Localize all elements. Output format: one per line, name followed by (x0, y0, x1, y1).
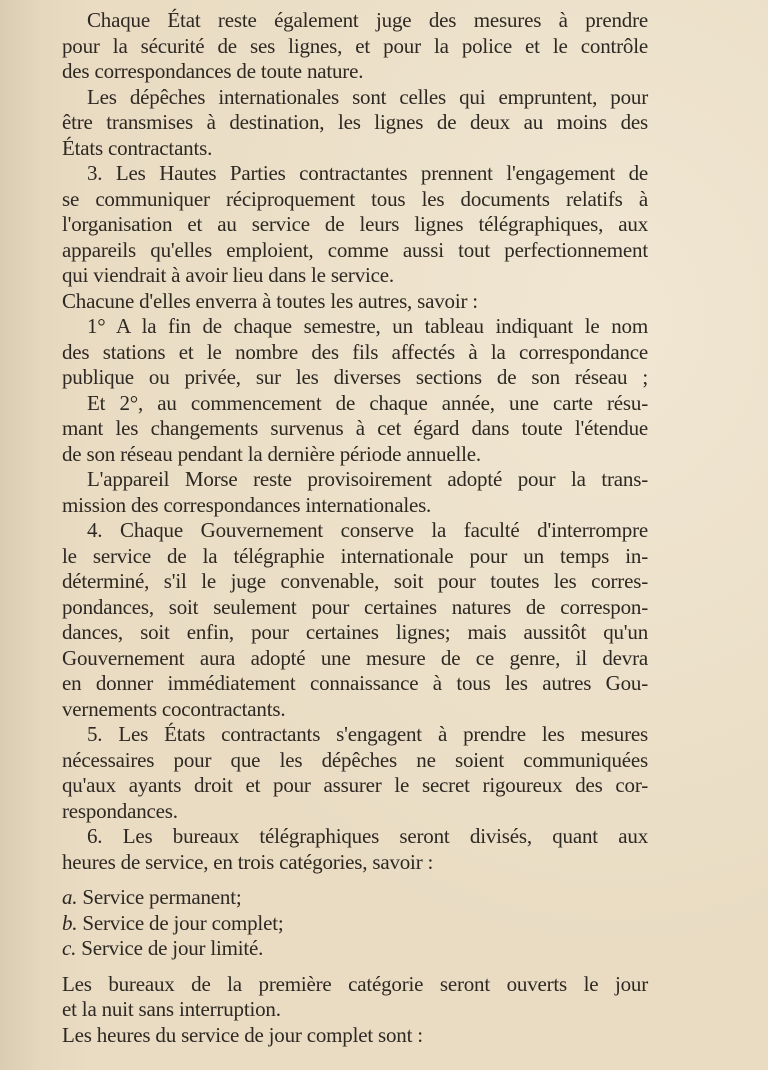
text-line: dances, soit enfin, pour certaines ligne… (62, 620, 648, 646)
list-item: c. Service de jour limité. (62, 936, 648, 962)
paragraph-article-4: 4. Chaque Gouvernement conserve la facul… (62, 518, 648, 722)
paragraph-each-will-send: Chacune d'elles enverra à toutes les aut… (62, 289, 648, 315)
text-line: 3. Les Hautes Parties contractantes pren… (62, 161, 648, 187)
paragraph-article-5: 5. Les États contractants s'engagent à p… (62, 722, 648, 824)
list-item: a. Service permanent; (62, 885, 648, 911)
page-text: Chaque État reste également juge des mes… (62, 8, 648, 1048)
text-line: l'organisation et au service de leurs li… (62, 212, 648, 238)
text-line: de son réseau pendant la dernière périod… (62, 442, 648, 468)
list-letter: b. (62, 911, 77, 935)
text-line: Les heures du service de jour complet so… (62, 1023, 648, 1049)
paragraph-full-day-hours: Les heures du service de jour complet so… (62, 1023, 648, 1049)
text-line: Les bureaux de la première catégorie ser… (62, 972, 648, 998)
text-line: Et 2°, au commencement de chaque année, … (62, 391, 648, 417)
text-line: mission des correspondances internationa… (62, 493, 648, 519)
paragraph-second-item: Et 2°, au commencement de chaque année, … (62, 391, 648, 468)
paragraph-article-6: 6. Les bureaux télégraphiques seront div… (62, 824, 648, 875)
text-line: déterminé, s'il le juge convenable, soit… (62, 569, 648, 595)
list-letter: c. (62, 936, 76, 960)
list-item: b. Service de jour complet; (62, 911, 648, 937)
text-line: heures de service, en trois catégories, … (62, 850, 648, 876)
list-item-text: Service de jour complet; (77, 911, 283, 935)
paragraph-international-dispatches: Les dépêches internationales sont celles… (62, 85, 648, 162)
text-line: et la nuit sans interruption. (62, 997, 648, 1023)
paragraph-first-category: Les bureaux de la première catégorie ser… (62, 972, 648, 1023)
text-line: respondances. (62, 799, 648, 825)
list-letter: a. (62, 885, 77, 909)
text-line: des stations et le nombre des fils affec… (62, 340, 648, 366)
text-line: mant les changements survenus à cet égar… (62, 416, 648, 442)
paragraph-article-3: 3. Les Hautes Parties contractantes pren… (62, 161, 648, 289)
paragraph-morse-apparatus: L'appareil Morse reste provisoirement ad… (62, 467, 648, 518)
text-line: qui viendrait à avoir lieu dans le servi… (62, 263, 648, 289)
text-line: 4. Chaque Gouvernement conserve la facul… (62, 518, 648, 544)
text-line: en donner immédiatement connaissance à t… (62, 671, 648, 697)
text-line: vernements cocontractants. (62, 697, 648, 723)
scanned-book-page: Chaque État reste également juge des mes… (0, 0, 768, 1070)
text-line: qu'aux ayants droit et pour assurer le s… (62, 773, 648, 799)
paragraph-security: Chaque État reste également juge des mes… (62, 8, 648, 85)
text-line: publique ou privée, sur les diverses sec… (62, 365, 648, 391)
service-categories-list: a. Service permanent; b. Service de jour… (62, 885, 648, 962)
list-item-text: Service de jour limité. (76, 936, 263, 960)
text-line: L'appareil Morse reste provisoirement ad… (62, 467, 648, 493)
text-line: Les dépêches internationales sont celles… (62, 85, 648, 111)
list-item-text: Service permanent; (77, 885, 241, 909)
text-line: Chaque État reste également juge des mes… (62, 8, 648, 34)
text-line: des correspondances de toute nature. (62, 59, 648, 85)
text-line: 6. Les bureaux télégraphiques seront div… (62, 824, 648, 850)
text-line: 1° A la fin de chaque semestre, un table… (62, 314, 648, 340)
text-line: Gouvernement aura adopté une mesure de c… (62, 646, 648, 672)
paragraph-first-item: 1° A la fin de chaque semestre, un table… (62, 314, 648, 391)
text-line: être transmises à destination, les ligne… (62, 110, 648, 136)
text-line: 5. Les États contractants s'engagent à p… (62, 722, 648, 748)
text-line: pondances, soit seulement pour certaines… (62, 595, 648, 621)
text-line: États contractants. (62, 136, 648, 162)
text-line: nécessaires pour que les dépêches ne soi… (62, 748, 648, 774)
text-line: pour la sécurité de ses lignes, et pour … (62, 34, 648, 60)
text-line: se communiquer réciproquement tous les d… (62, 187, 648, 213)
text-line: Chacune d'elles enverra à toutes les aut… (62, 289, 648, 315)
text-line: le service de la télégraphie internation… (62, 544, 648, 570)
text-line: appareils qu'elles emploient, comme auss… (62, 238, 648, 264)
